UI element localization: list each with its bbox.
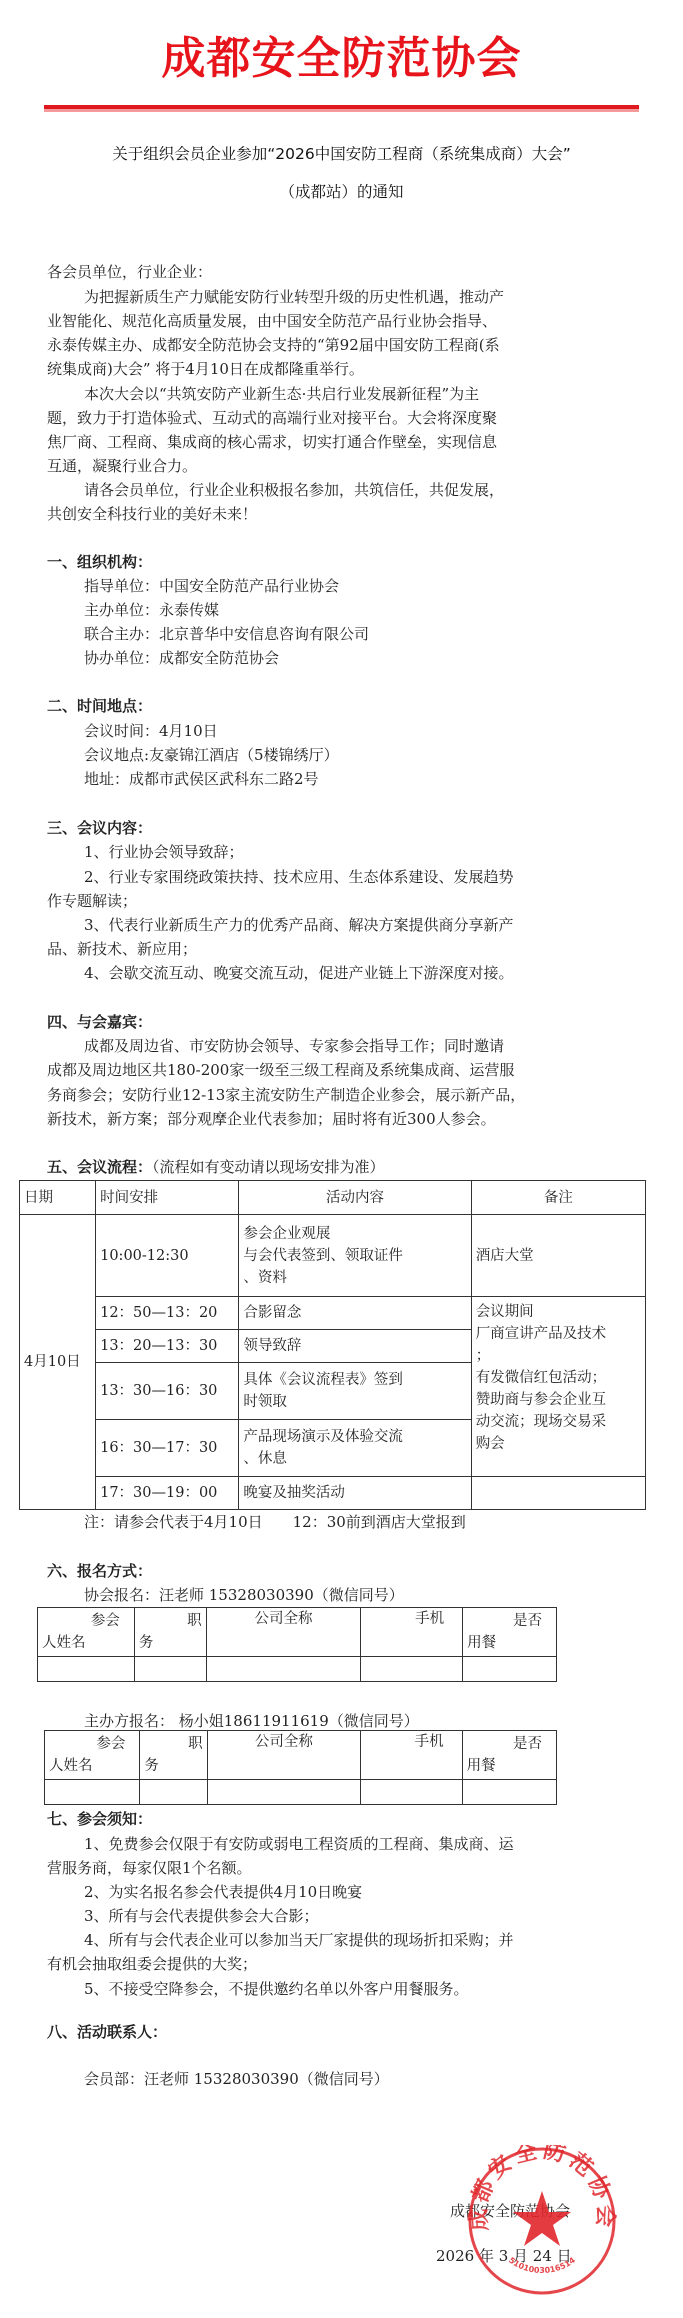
notice-line: 4、所有与会代表企业可以参加当天厂家提供的现场折扣采购；并 <box>84 1929 514 1951</box>
form-header-name: 参会人姓名 <box>45 1731 140 1780</box>
content-item: 2、行业专家围绕政策扶持、技术应用、生态体系建设、发展趋势 <box>84 866 514 888</box>
activity-line: 、资料 <box>243 1267 466 1289</box>
member-dept-contact: 会员部：汪老师 15328030390（微信同号） <box>84 2068 389 2090</box>
col-header-activity: 活动内容 <box>239 1181 471 1215</box>
notice-line: 营服务商，每家仅限1个名额。 <box>47 1857 252 1879</box>
notice-line: 2、为实名报名参会代表提供4月10日晚宴 <box>84 1881 362 1903</box>
form-cell-phone[interactable] <box>361 1780 462 1805</box>
agenda-time: 17：30—19：00 <box>96 1477 239 1510</box>
section-heading-notices: 七、参会须知： <box>47 1808 152 1830</box>
content-item: 1、行业协会领导致辞； <box>84 841 244 863</box>
agenda-table: 日期 时间安排 活动内容 备注 4月10日 10:00-12:30 参会企业观展… <box>19 1180 646 1510</box>
section-heading-time-place: 二、时间地点： <box>47 695 152 717</box>
form-header-row: 参会人姓名 职务 公司全称 手机 是否用餐 <box>38 1608 557 1657</box>
form-cell-name[interactable] <box>45 1780 140 1805</box>
assoc-registration-contact: 协会报名：汪老师 15328030390（微信同号） <box>84 1584 404 1606</box>
activity-line: 与会代表签到、领取证件 <box>243 1245 466 1267</box>
intro-p1-line: 业智能化、规范化高质量发展，由中国安全防范产品行业协会指导、 <box>47 310 497 332</box>
form-header-phone: 手机 <box>361 1608 463 1657</box>
intro-p2-line: 题，致力于打造体验式、互动式的高端行业对接平台。大会将深度聚 <box>47 407 497 429</box>
form-header-title: 职务 <box>140 1731 207 1780</box>
col-header-remark: 备注 <box>471 1181 645 1215</box>
document-title-line2: （成都站）的通知 <box>0 180 683 202</box>
official-seal-icon: 成都安全防范协会 5101003016514 <box>466 2145 618 2297</box>
table-row: 4月10日 10:00-12:30 参会企业观展 与会代表签到、领取证件 、资料… <box>20 1215 646 1297</box>
form-cell-title[interactable] <box>140 1780 207 1805</box>
agenda-time: 12：50—13：20 <box>96 1297 239 1330</box>
registration-form-organizer: 参会人姓名 职务 公司全称 手机 是否用餐 <box>44 1730 557 1805</box>
remark-line: 有发微信红包活动； <box>476 1367 641 1389</box>
agenda-activity: 合影留念 <box>239 1297 471 1330</box>
agenda-remark: 酒店大堂 <box>471 1215 645 1297</box>
section-heading-registration: 六、报名方式： <box>47 1560 152 1582</box>
section-heading-agenda: 五、会议流程： <box>47 1158 152 1176</box>
activity-line: 具体《会议流程表》签到 <box>243 1369 466 1391</box>
org-item: 指导单位：中国安全防范产品行业协会 <box>84 575 339 597</box>
content-item: 品、新技术、新应用； <box>47 938 197 960</box>
remark-line: 会议期间 <box>476 1301 641 1323</box>
notice-line: 5、不接受空降参会，不提供邀约名单以外客户用餐服务。 <box>84 1978 469 2000</box>
content-item: 3、代表行业新质生产力的优秀产品商、解决方案提供商分享新产 <box>84 914 514 936</box>
section-heading-content: 三、会议内容： <box>47 817 152 839</box>
agenda-footnote: 注：请参会代表于4月10日 12：30前到酒店大堂报到 <box>84 1511 466 1533</box>
form-header-meal: 是否用餐 <box>462 1731 556 1780</box>
guests-line: 务商参会；安防行业12-13家主流安防生产制造企业参会，展示新产品， <box>47 1084 525 1106</box>
table-row: 17：30—19：00 晚宴及抽奖活动 <box>20 1477 646 1510</box>
content-item: 4、会歇交流互动、晚宴交流互动，促进产业链上下游深度对接。 <box>84 962 514 984</box>
org-item: 联合主办：北京普华中安信息咨询有限公司 <box>84 623 369 645</box>
document-title-line1: 关于组织会员企业参加“2026中国安防工程商（系统集成商）大会” <box>0 142 683 164</box>
form-header-name: 参会人姓名 <box>38 1608 135 1657</box>
time-place-item: 会议时间：4月10日 <box>84 720 218 742</box>
notice-line: 1、免费参会仅限于有安防或弱电工程资质的工程商、集成商、运 <box>84 1833 514 1855</box>
agenda-header-row: 日期 时间安排 活动内容 备注 <box>20 1181 646 1215</box>
form-cell-title[interactable] <box>134 1657 206 1682</box>
activity-line: 时领取 <box>243 1391 466 1413</box>
time-place-item: 会议地点:友豪锦江酒店（5楼锦绣厅） <box>84 744 339 766</box>
form-header-phone: 手机 <box>361 1731 462 1780</box>
org-masthead: 成都安全防范协会 <box>0 22 683 86</box>
intro-p2-line: 本次大会以“共筑安防产业新生态·共启行业发展新征程”为主 <box>84 383 479 405</box>
intro-p1-line: 统集成商)大会” 将于4月10日在成都隆重举行。 <box>47 358 364 380</box>
form-header-title: 职务 <box>134 1608 206 1657</box>
notice-line: 3、所有与会代表提供参会大合影； <box>84 1905 319 1927</box>
form-header-company: 公司全称 <box>207 1731 361 1780</box>
agenda-time: 13：20—13：30 <box>96 1330 239 1363</box>
remark-line: 赞助商与参会企业互 <box>476 1389 641 1411</box>
intro-p2-line: 焦厂商、工程商、集成商的核心需求，切实打通合作壁垒，实现信息 <box>47 431 497 453</box>
col-header-date: 日期 <box>20 1181 96 1215</box>
time-place-item: 地址：成都市武侯区武科东二路2号 <box>84 768 319 790</box>
remark-line: 动交流；现场交易采 <box>476 1411 641 1433</box>
agenda-activity: 领导致辞 <box>239 1330 471 1363</box>
section-heading-agenda-row: 五、会议流程：（流程如有变动请以现场安排为准） <box>47 1156 385 1178</box>
form-cell-company[interactable] <box>206 1657 361 1682</box>
org-item: 主办单位：永泰传媒 <box>84 599 219 621</box>
section-heading-guests: 四、与会嘉宾： <box>47 1011 152 1033</box>
agenda-activity: 参会企业观展 与会代表签到、领取证件 、资料 <box>239 1215 471 1297</box>
intro-p3-line: 请各会员单位，行业企业积极报名参加，共筑信任，共促发展， <box>84 479 504 501</box>
table-row: 12：50—13：20 合影留念 会议期间 厂商宣讲产品及技术 ； 有发微信红包… <box>20 1297 646 1330</box>
form-input-row[interactable] <box>38 1657 557 1682</box>
section-heading-organization: 一、组织机构： <box>47 551 152 573</box>
form-input-row[interactable] <box>45 1780 557 1805</box>
form-cell-company[interactable] <box>207 1780 361 1805</box>
agenda-date-cell: 4月10日 <box>20 1215 96 1510</box>
intro-p1-line: 为把握新质生产力赋能安防行业转型升级的历史性机遇，推动产 <box>84 286 504 308</box>
form-cell-meal[interactable] <box>462 1780 556 1805</box>
content-item: 作专题解读； <box>47 890 137 912</box>
form-cell-phone[interactable] <box>361 1657 463 1682</box>
intro-p2-line: 互通，凝聚行业合力。 <box>47 455 197 477</box>
guests-line: 成都及周边地区共180-200家一级至三级工程商及系统集成商、运营服 <box>47 1059 514 1081</box>
form-header-company: 公司全称 <box>206 1608 361 1657</box>
intro-p3-line: 共创安全科技行业的美好未来！ <box>47 503 257 525</box>
activity-line: 、休息 <box>243 1448 466 1470</box>
agenda-activity: 产品现场演示及体验交流 、休息 <box>239 1420 471 1477</box>
form-cell-meal[interactable] <box>463 1657 557 1682</box>
agenda-time: 10:00-12:30 <box>96 1215 239 1297</box>
section-heading-contact: 八、活动联系人： <box>47 2021 167 2043</box>
org-item: 协办单位：成都安全防范协会 <box>84 647 279 669</box>
agenda-change-note: （流程如有变动请以现场安排为准） <box>152 1158 385 1176</box>
activity-line: 参会企业观展 <box>243 1223 466 1245</box>
agenda-time: 16：30—17：30 <box>96 1420 239 1477</box>
activity-line: 产品现场演示及体验交流 <box>243 1426 466 1448</box>
notice-line: 有机会抽取组委会提供的大奖； <box>47 1953 257 1975</box>
agenda-activity: 具体《会议流程表》签到 时领取 <box>239 1363 471 1420</box>
remark-line: 厂商宣讲产品及技术 <box>476 1323 641 1345</box>
salutation: 各会员单位，行业企业： <box>47 261 212 283</box>
registration-form-assoc: 参会人姓名 职务 公司全称 手机 是否用餐 <box>37 1607 557 1682</box>
agenda-activity: 晚宴及抽奖活动 <box>239 1477 471 1510</box>
form-header-row: 参会人姓名 职务 公司全称 手机 是否用餐 <box>45 1731 557 1780</box>
remark-line: 购会 <box>476 1433 641 1455</box>
col-header-time: 时间安排 <box>96 1181 239 1215</box>
guests-line: 新技术，新方案；部分观摩企业代表参加；届时将有近300人参会。 <box>47 1108 496 1130</box>
guests-line: 成都及周边省、市安防协会领导、专家参会指导工作；同时邀请 <box>84 1035 504 1057</box>
organizer-registration-contact: 主办方报名： 杨小姐18611911619（微信同号） <box>84 1710 419 1732</box>
form-header-meal: 是否用餐 <box>463 1608 557 1657</box>
remark-line: ； <box>476 1345 641 1367</box>
masthead-divider-shadow <box>44 109 639 112</box>
svg-text:5101003016514: 5101003016514 <box>507 2255 577 2275</box>
agenda-remark <box>471 1477 645 1510</box>
agenda-time: 13：30—16：30 <box>96 1363 239 1420</box>
intro-p1-line: 永泰传媒主办、成都安全防范协会支持的“第92届中国安防工程商(系 <box>47 334 500 356</box>
form-cell-name[interactable] <box>38 1657 135 1682</box>
agenda-merged-remark: 会议期间 厂商宣讲产品及技术 ； 有发微信红包活动； 赞助商与参会企业互 动交流… <box>471 1297 645 1477</box>
